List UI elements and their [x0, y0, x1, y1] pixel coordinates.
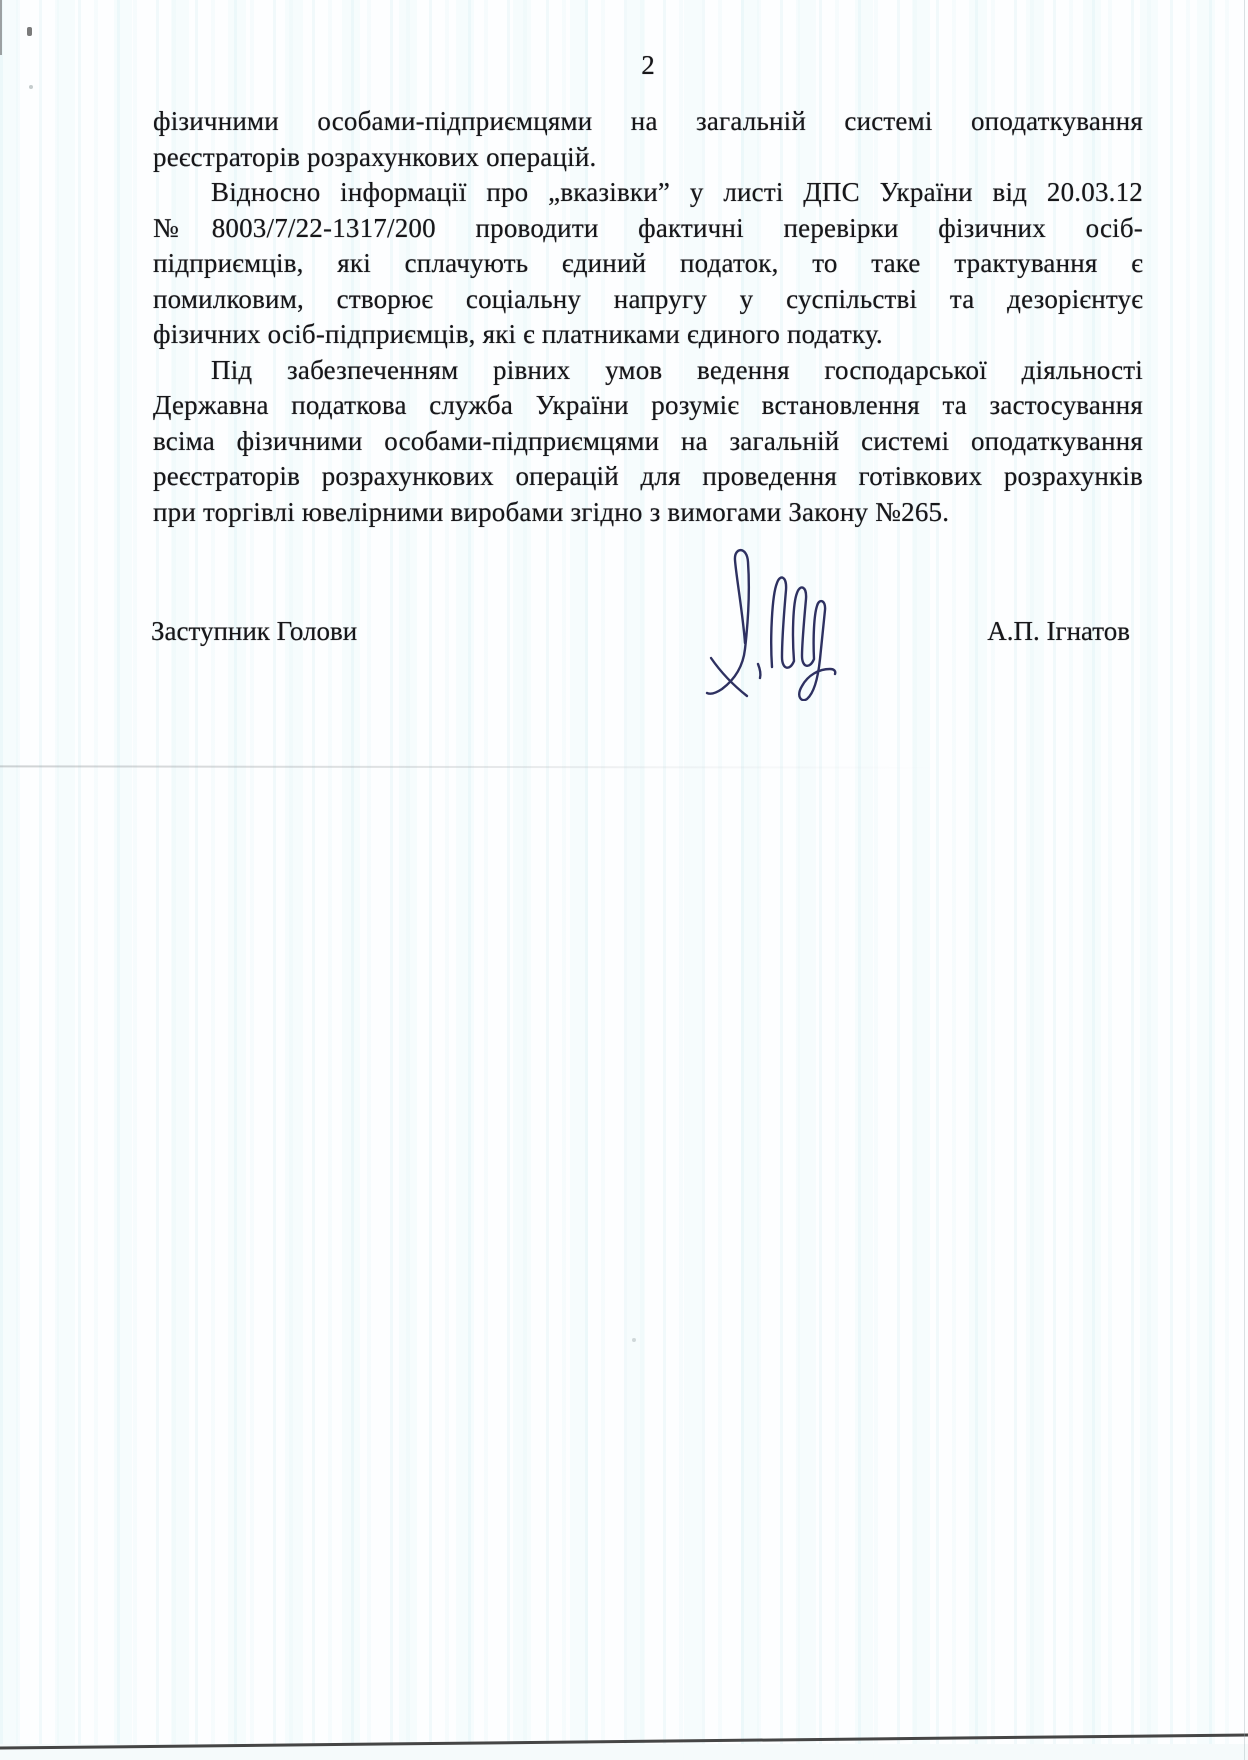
signer-title: Заступник Голови	[151, 616, 357, 647]
body-line: фізичних осіб-підприємців, які є платник…	[153, 317, 1143, 353]
scanned-letter-page: 2 фізичними особами-підприємцями на зага…	[0, 0, 1248, 1760]
scan-right-edge-artifact	[1244, 0, 1246, 1760]
body-line: №8003/7/22-1317/200 проводити фактичні п…	[153, 211, 1143, 247]
body-line: підприємців, які сплачують єдиний подато…	[153, 246, 1143, 282]
body-line: реєстраторів розрахункових операцій.	[153, 140, 1143, 176]
body-line: фізичними особами-підприємцями на загаль…	[153, 104, 1143, 140]
scan-speck-artifact	[29, 85, 33, 89]
body-line: Відносно інформації про „вказівки” у лис…	[153, 175, 1143, 211]
body-line: всіма фізичними особами-підприємцями на …	[153, 424, 1143, 460]
paper-crease-artifact	[0, 765, 940, 768]
handwritten-signature	[698, 543, 863, 701]
letter-body: фізичними особами-підприємцями на загаль…	[153, 104, 1143, 530]
body-line: при торгівлі ювелірними виробами згідно …	[153, 495, 1143, 531]
signer-name: А.П. Ігнатов	[987, 616, 1130, 647]
body-line: помилковим, створює соціальну напругу у …	[153, 282, 1143, 318]
scan-speck-artifact	[632, 1338, 636, 1342]
body-line: Державна податкова служба України розумі…	[153, 388, 1143, 424]
scan-speck-artifact	[27, 27, 32, 36]
scan-left-edge-artifact	[0, 0, 2, 55]
body-line: Під забезпеченням рівних умов ведення го…	[153, 353, 1143, 389]
page-number: 2	[153, 50, 1143, 81]
body-line: реєстраторів розрахункових операцій для …	[153, 459, 1143, 495]
